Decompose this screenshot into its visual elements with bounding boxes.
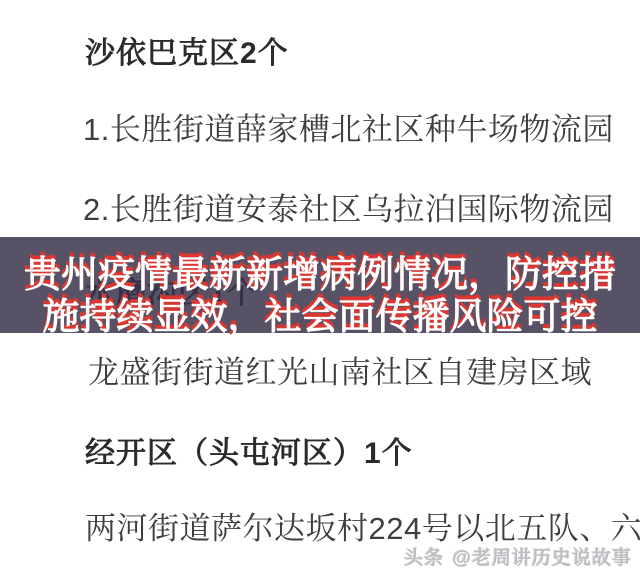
list-item: 两河街道萨尔达坂村224号以北五队、六队 (85, 503, 640, 548)
article-screenshot: 沙依巴克区2个 1.长胜街道薛家槽北社区种牛场物流园 2.长胜街道安泰社区乌拉泊… (0, 0, 640, 574)
list-item: 1.长胜街道薛家槽北社区种牛场物流园 (83, 104, 614, 149)
overlay-title-line2: 施持续显效，社会面传播风险可控 (0, 286, 640, 340)
overlay-title-banner: 水磨沟区1个 贵州疫情最新新增病例情况，防控措 施持续显效，社会面传播风险可控 (0, 237, 640, 333)
list-item: 2.长胜街道安泰社区乌拉泊国际物流园 (83, 184, 614, 229)
watermark: 头条 @老周讲历史说故事 (402, 543, 632, 570)
watermark-platform: 头条 (404, 548, 444, 569)
watermark-handle: @老周讲历史说故事 (452, 548, 632, 569)
list-item: 龙盛街街道红光山南社区自建房区域 (88, 347, 592, 392)
section-heading-jingkaiqu: 经开区（头屯河区）1个 (85, 428, 413, 472)
section-heading-shayibake: 沙依巴克区2个 (85, 28, 289, 72)
